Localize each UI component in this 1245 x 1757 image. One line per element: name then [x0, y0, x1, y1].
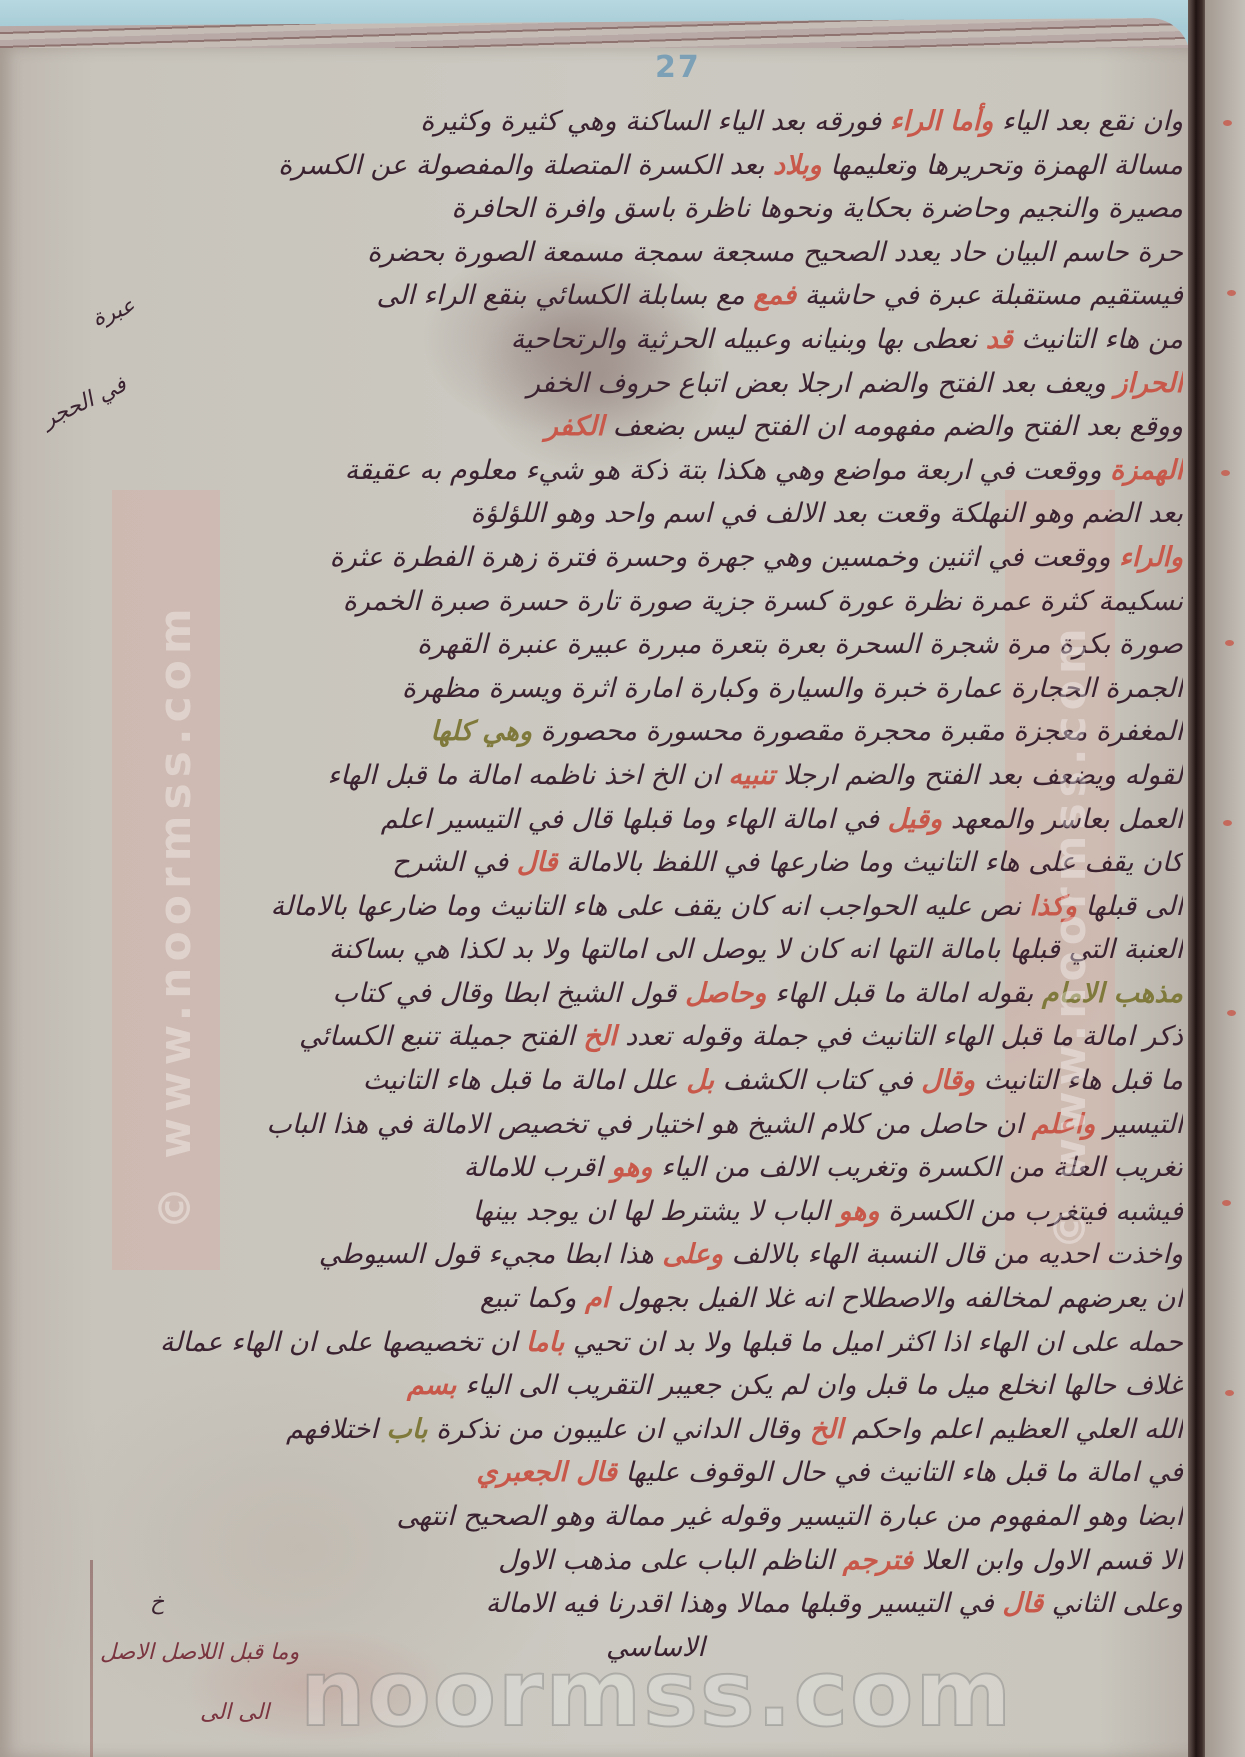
watermark-vertical-right: © www.noormss.com — [1045, 622, 1096, 1250]
text-line: العنبة التي قبلها بامالة التها انه كان ل… — [128, 928, 1183, 972]
olive-heading: وهي كلها — [430, 716, 532, 747]
text-line: المغفرة معجزة مقبرة محجرة مقصورة محسورة … — [128, 710, 1183, 754]
margin-note: الى الى — [200, 1700, 269, 1725]
text-line: فيستقيم مستقبلة عبرة في حاشية فمع مع بسا… — [128, 274, 1183, 318]
text-line: مسالة الهمزة وتحريرها وتعليمها وبلاد بعد… — [128, 144, 1183, 188]
text-line: وان نقع بعد الياء وأما الراء فورقه بعد ا… — [128, 100, 1183, 144]
page-number: 27 — [655, 50, 701, 85]
text-line: حرة حاسم البيان حاد يعدد الصحيح مسجعة سم… — [128, 231, 1183, 275]
margin-rule — [90, 1560, 93, 1757]
text-line: واخذت احديه من قال النسبة الهاء بالالف و… — [128, 1233, 1183, 1277]
text-line: الله العلي العظيم اعلم واحكم الخ وقال ال… — [128, 1408, 1183, 1452]
text-line: ان يعرضهم لمخالفه والاصطلاح انه غلا الفي… — [128, 1277, 1183, 1321]
text-line: كان يقف على هاء التانيث وما ضارعها في ال… — [128, 841, 1183, 885]
text-line: وعلى الثاني قال في التيسير وقبلها ممالا … — [128, 1582, 1183, 1626]
text-line: ذكر امالة ما قبل الهاء التانيث في جملة و… — [128, 1015, 1183, 1059]
facing-page-edge — [1205, 0, 1245, 1757]
text-line: غلاف حالها انخلع ميل ما قبل وان لم يكن ج… — [128, 1364, 1183, 1408]
text-line: العمل بعاسر والمعهد وقيل في امالة الهاء … — [128, 798, 1183, 842]
text-line: ما قبل هاء التانيث وقال في كتاب الكشف بل… — [128, 1059, 1183, 1103]
text-line: صورة بكرة مرة شجرة السحرة بعرة بتعرة مبر… — [128, 623, 1183, 667]
text-line: الا قسم الاول وابن العلا فترجم الناظم ال… — [128, 1539, 1183, 1583]
manuscript-text: وان نقع بعد الياء وأما الراء فورقه بعد ا… — [128, 100, 1183, 1669]
watermark-vertical-left: © www.noormss.com — [150, 602, 201, 1230]
watermark-bottom: noormss.com — [300, 1640, 1013, 1747]
text-line: الجمرة الحجارة عمارة خبرة والسيارة وكبار… — [128, 667, 1183, 711]
text-line: الحراز ويعف بعد الفتح والضم ارجلا بعض ات… — [128, 362, 1183, 406]
text-line: ووقع بعد الفتح والضم مفهومه ان الفتح ليس… — [128, 405, 1183, 449]
text-line: لقوله ويضعف بعد الفتح والضم ارجلا تنبيه … — [128, 754, 1183, 798]
margin-note: خ — [150, 1590, 164, 1615]
text-line: بعد الضم وهو النهلكة وقعت بعد الالف في ا… — [128, 492, 1183, 536]
text-line: في امالة ما قبل هاء التانيث في حال الوقو… — [128, 1451, 1183, 1495]
text-line: التيسير واعلم ان حاصل من كلام الشيخ هو ا… — [128, 1103, 1183, 1147]
chapter-heading: باب — [386, 1414, 427, 1445]
text-line: الهمزة ووقعت في اربعة مواضع وهي هكذا بتة… — [128, 449, 1183, 493]
text-line: فيشبه فيتغرب من الكسرة وهو الباب لا يشتر… — [128, 1190, 1183, 1234]
margin-note: وما قبل اللاصل الاصل — [100, 1640, 299, 1665]
text-line: ابضا وهو المفهوم من عبارة التيسير وقوله … — [128, 1495, 1183, 1539]
text-line: حمله على ان الهاء اذا اكثر اميل ما قبلها… — [128, 1321, 1183, 1365]
text-line: مصيرة والنجيم وحاضرة بحكاية ونحوها ناظرة… — [128, 187, 1183, 231]
text-line: والراء ووقعت في اثنين وخمسين وهي جهرة وح… — [128, 536, 1183, 580]
text-line: من هاء التانيث قد نعطى بها وبنيانه وعبيل… — [128, 318, 1183, 362]
text-line: نسكيمة كثرة عمرة نظرة عورة كسرة جزية صور… — [128, 580, 1183, 624]
text-line: تغريب العلة من الكسرة وتغريب الالف من ال… — [128, 1146, 1183, 1190]
text-line: الى قبلها وكذا نص عليه الحواجب انه كان ي… — [128, 885, 1183, 929]
text-line: مذهب الامام بقوله امالة ما قبل الهاء وحا… — [128, 972, 1183, 1016]
manuscript-viewer: 27 وان نقع بعد الياء وأما الراء فورقه بع… — [0, 0, 1245, 1757]
